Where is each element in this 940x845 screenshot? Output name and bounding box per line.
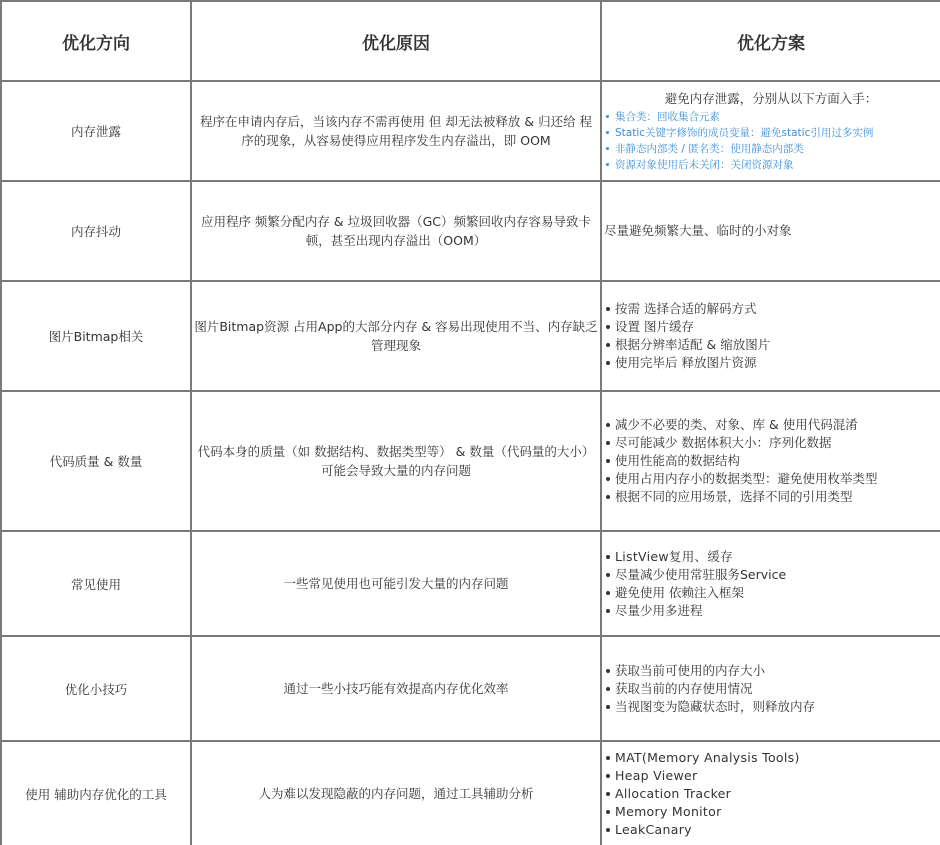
list-item: 非静态内部类 / 匿名类：使用静态内部类 — [604, 141, 938, 157]
reason-cell: 程序在申请内存后，当该内存不需再使用 但 却无法被释放 & 归还给 程序的现象，… — [191, 81, 601, 181]
solution-cell: MAT(Memory Analysis Tools) Heap Viewer A… — [601, 741, 940, 845]
solution-intro: 避免内存泄露，分别从以下方面入手： — [604, 90, 938, 108]
solution-cell: 获取当前可使用的内存大小 获取当前的内存使用情况 当视图变为隐藏状态时，则释放内… — [601, 636, 940, 741]
solution-list: 按需 选择合适的解码方式 设置 图片缓存 根据分辨率适配 & 缩放图片 使用完毕… — [604, 300, 938, 372]
list-item: 根据不同的应用场景，选择不同的引用类型 — [604, 488, 938, 506]
list-item: 获取当前的内存使用情况 — [604, 680, 938, 698]
list-item: 尽量少用多进程 — [604, 602, 938, 620]
table-row-memory-leak: 内存泄露 程序在申请内存后，当该内存不需再使用 但 却无法被释放 & 归还给 程… — [1, 81, 940, 181]
header-reason: 优化原因 — [191, 1, 601, 81]
table-row-memory-churn: 内存抖动 应用程序 频繁分配内存 & 垃圾回收器（GC）频繁回收内存容易导致卡顿… — [1, 181, 940, 281]
list-item: 使用占用内存小的数据类型：避免使用枚举类型 — [604, 470, 938, 488]
direction-cell: 常见使用 — [1, 531, 191, 636]
list-item: 当视图变为隐藏状态时，则释放内存 — [604, 698, 938, 716]
list-item: 使用性能高的数据结构 — [604, 452, 938, 470]
header-solution: 优化方案 — [601, 1, 940, 81]
list-item: LeakCanary — [604, 821, 938, 839]
list-item: 减少不必要的类、对象、库 & 使用代码混淆 — [604, 416, 938, 434]
solution-cell: 尽量避免频繁大量、临时的小对象 — [601, 181, 940, 281]
direction-cell: 使用 辅助内存优化的工具 — [1, 741, 191, 845]
table-row-code-quality: 代码质量 & 数量 代码本身的质量（如 数据结构、数据类型等） & 数量（代码量… — [1, 391, 940, 531]
list-item: Memory Monitor — [604, 803, 938, 821]
list-item: Allocation Tracker — [604, 785, 938, 803]
solution-cell: 按需 选择合适的解码方式 设置 图片缓存 根据分辨率适配 & 缩放图片 使用完毕… — [601, 281, 940, 391]
list-item: 尽量减少使用常驻服务Service — [604, 566, 938, 584]
memory-optimization-table: 优化方向 优化原因 优化方案 内存泄露 程序在申请内存后，当该内存不需再使用 但… — [0, 0, 940, 845]
reason-cell: 通过一些小技巧能有效提高内存优化效率 — [191, 636, 601, 741]
solution-cell: 避免内存泄露，分别从以下方面入手： 集合类：回收集合元素 Static关键字修饰… — [601, 81, 940, 181]
solution-list: 获取当前可使用的内存大小 获取当前的内存使用情况 当视图变为隐藏状态时，则释放内… — [604, 662, 938, 716]
solution-cell: 减少不必要的类、对象、库 & 使用代码混淆 尽可能减少 数据体积大小：序列化数据… — [601, 391, 940, 531]
reason-cell: 应用程序 频繁分配内存 & 垃圾回收器（GC）频繁回收内存容易导致卡顿，甚至出现… — [191, 181, 601, 281]
list-item: 尽可能减少 数据体积大小：序列化数据 — [604, 434, 938, 452]
list-item: 集合类：回收集合元素 — [604, 109, 938, 125]
direction-cell: 优化小技巧 — [1, 636, 191, 741]
list-item: MAT(Memory Analysis Tools) — [604, 749, 938, 767]
list-item: 资源对象使用后未关闭：关闭资源对象 — [604, 157, 938, 173]
solution-list: ListView复用、缓存 尽量减少使用常驻服务Service 避免使用 依赖注… — [604, 548, 938, 620]
list-item: 根据分辨率适配 & 缩放图片 — [604, 336, 938, 354]
list-item: Heap Viewer — [604, 767, 938, 785]
list-item: 设置 图片缓存 — [604, 318, 938, 336]
direction-cell: 代码质量 & 数量 — [1, 391, 191, 531]
direction-cell: 内存泄露 — [1, 81, 191, 181]
reason-cell: 人为难以发现隐蔽的内存问题，通过工具辅助分析 — [191, 741, 601, 845]
list-item: 按需 选择合适的解码方式 — [604, 300, 938, 318]
table-row-bitmap: 图片Bitmap相关 图片Bitmap资源 占用App的大部分内存 & 容易出现… — [1, 281, 940, 391]
table-row-tips: 优化小技巧 通过一些小技巧能有效提高内存优化效率 获取当前可使用的内存大小 获取… — [1, 636, 940, 741]
solution-list: MAT(Memory Analysis Tools) Heap Viewer A… — [604, 749, 938, 839]
solution-list: 减少不必要的类、对象、库 & 使用代码混淆 尽可能减少 数据体积大小：序列化数据… — [604, 416, 938, 506]
table-header-row: 优化方向 优化原因 优化方案 — [1, 1, 940, 81]
header-direction: 优化方向 — [1, 1, 191, 81]
list-item: 获取当前可使用的内存大小 — [604, 662, 938, 680]
list-item: ListView复用、缓存 — [604, 548, 938, 566]
reason-cell: 图片Bitmap资源 占用App的大部分内存 & 容易出现使用不当、内存缺乏管理… — [191, 281, 601, 391]
reason-cell: 代码本身的质量（如 数据结构、数据类型等） & 数量（代码量的大小）可能会导致大… — [191, 391, 601, 531]
list-item: 避免使用 依赖注入框架 — [604, 584, 938, 602]
solution-list: 集合类：回收集合元素 Static关键字修饰的成员变量：避免static引用过多… — [604, 109, 938, 173]
reason-cell: 一些常见使用也可能引发大量的内存问题 — [191, 531, 601, 636]
direction-cell: 图片Bitmap相关 — [1, 281, 191, 391]
direction-cell: 内存抖动 — [1, 181, 191, 281]
list-item: 使用完毕后 释放图片资源 — [604, 354, 938, 372]
list-item: Static关键字修饰的成员变量：避免static引用过多实例 — [604, 125, 938, 141]
table-row-common-usage: 常见使用 一些常见使用也可能引发大量的内存问题 ListView复用、缓存 尽量… — [1, 531, 940, 636]
solution-cell: ListView复用、缓存 尽量减少使用常驻服务Service 避免使用 依赖注… — [601, 531, 940, 636]
table-row-tools: 使用 辅助内存优化的工具 人为难以发现隐蔽的内存问题，通过工具辅助分析 MAT(… — [1, 741, 940, 845]
